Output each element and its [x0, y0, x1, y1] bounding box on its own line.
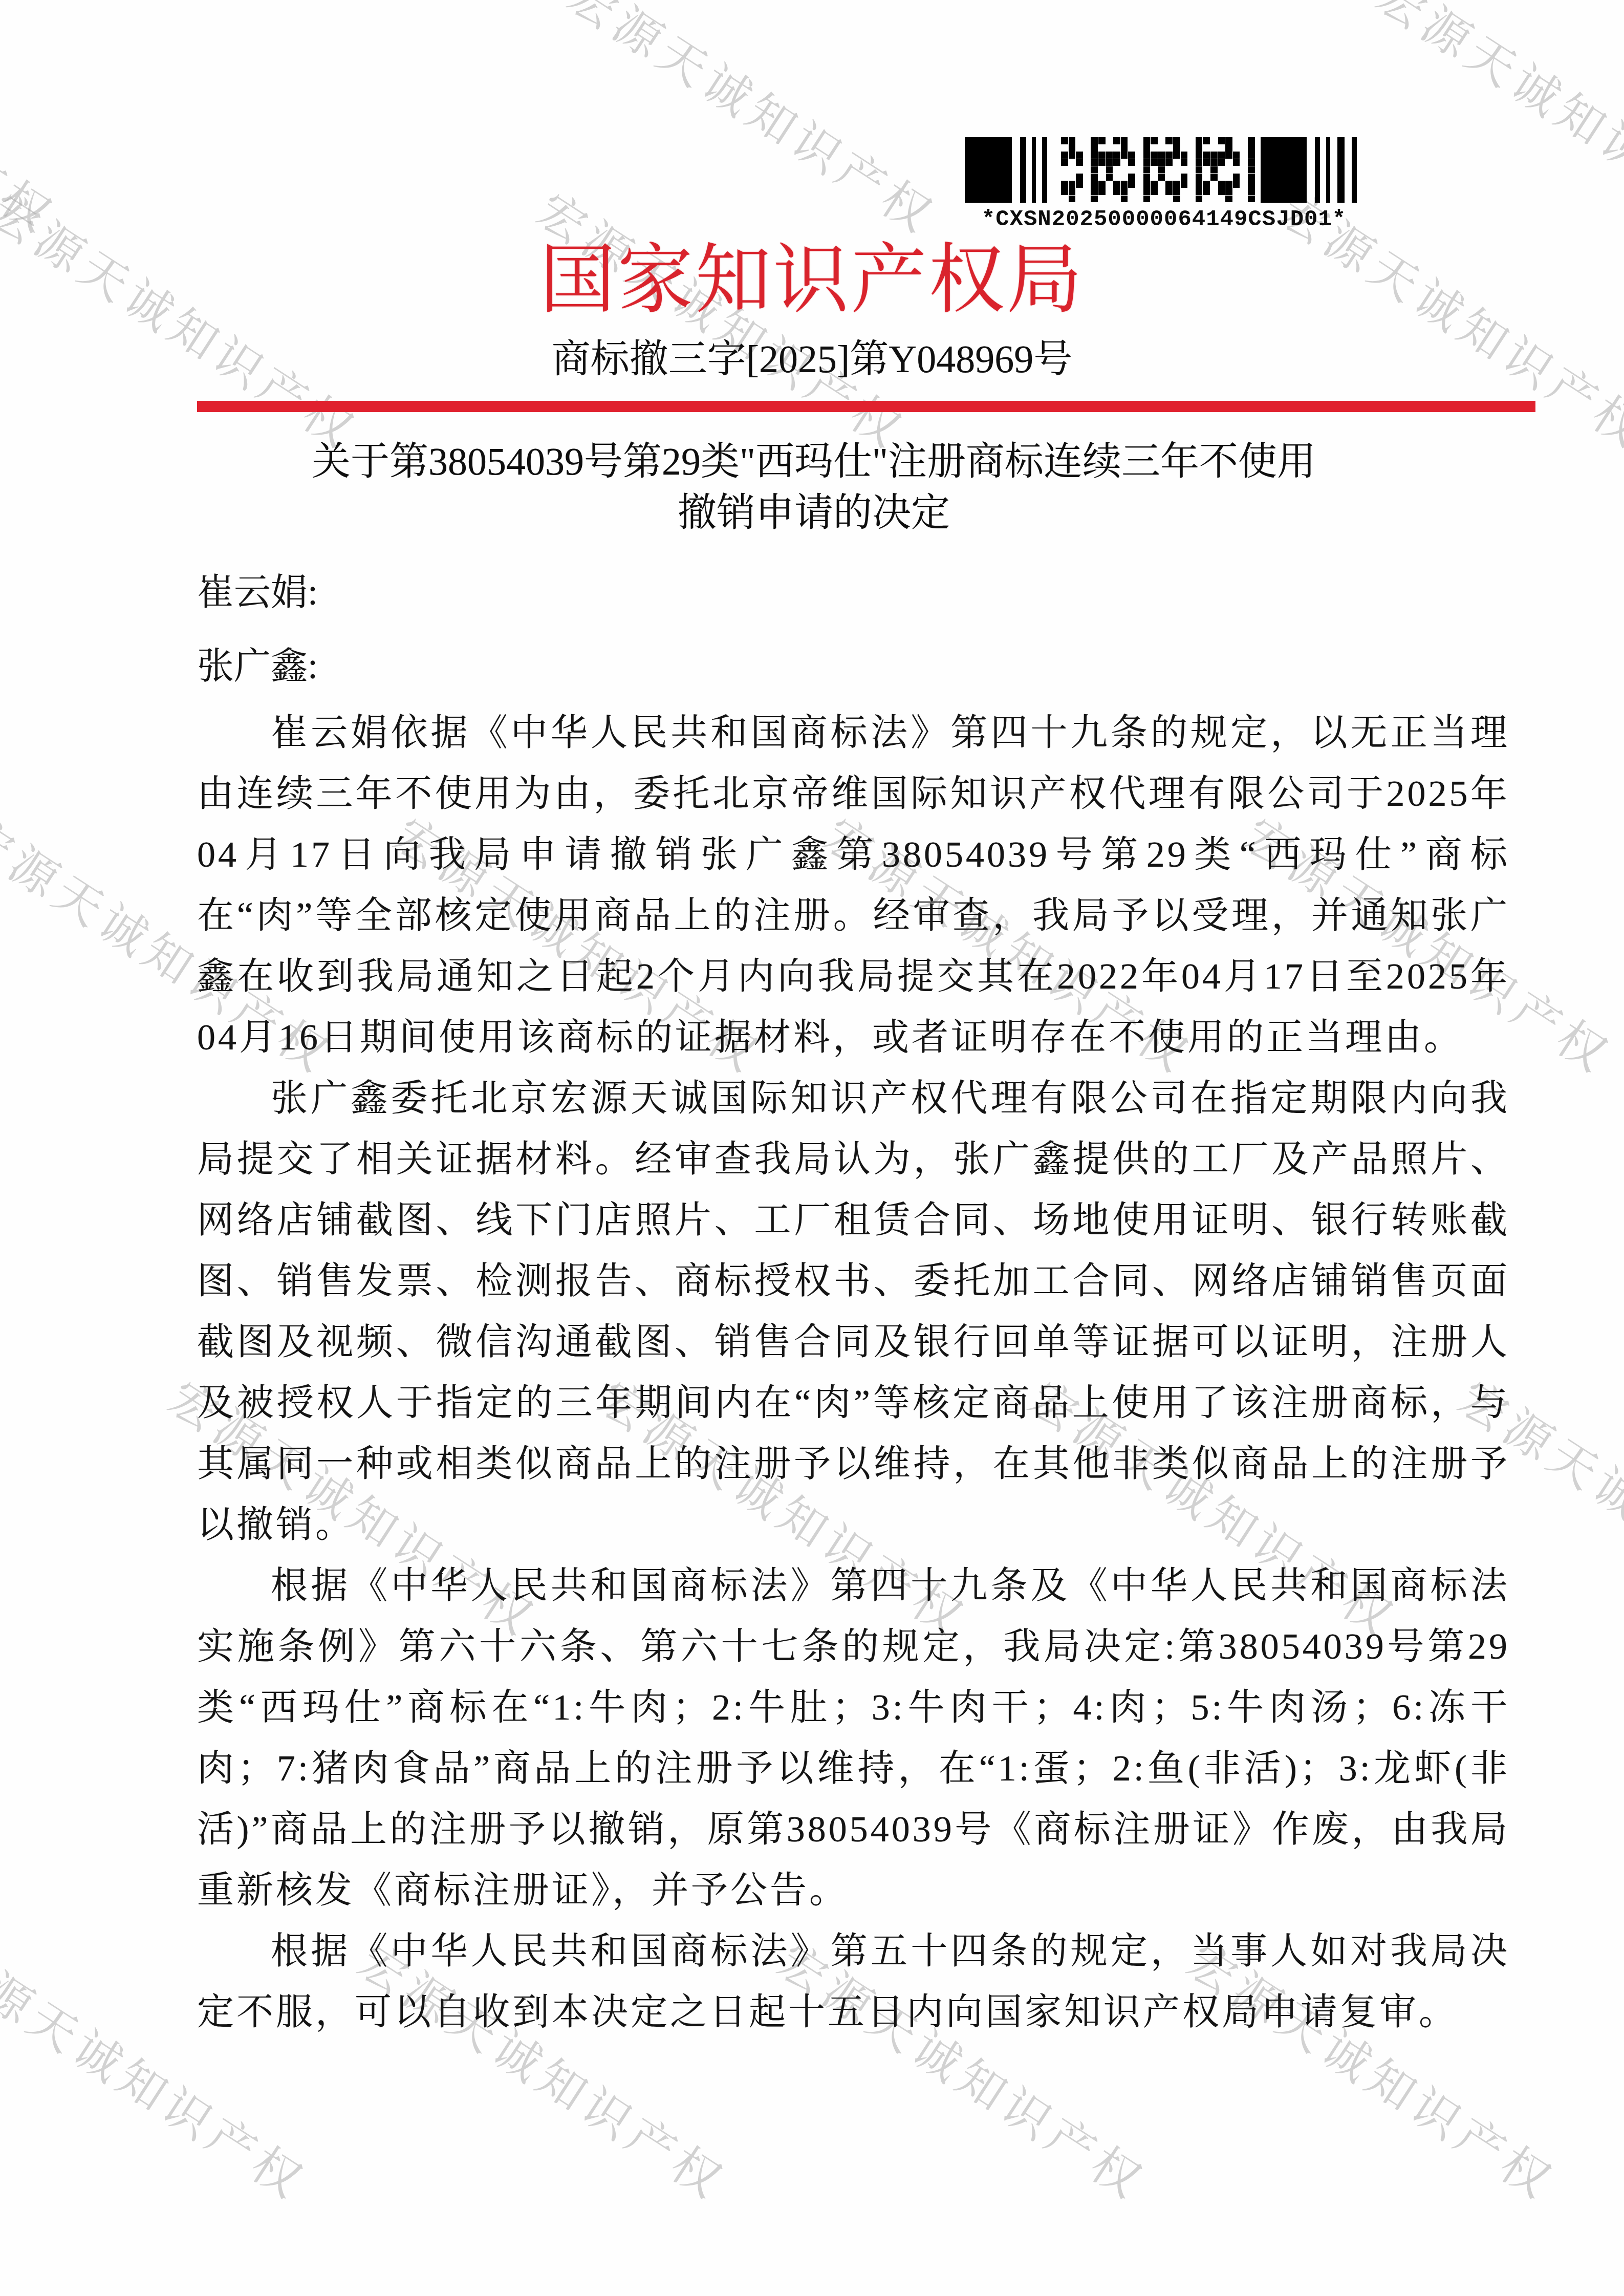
paragraph: 根据《中华人民共和国商标法》第五十四条的规定，当事人如对我局决定不服，可以自收到… — [197, 1921, 1510, 2043]
paragraph: 崔云娟依据《中华人民共和国商标法》第四十九条的规定，以无正当理由连续三年不使用为… — [197, 702, 1510, 1068]
addressee-line: 张广鑫: — [197, 643, 318, 689]
barcode-block: *CXSN20250000064149CSJD01* — [965, 137, 1363, 232]
decision-body: 崔云娟依据《中华人民共和国商标法》第四十九条的规定，以无正当理由连续三年不使用为… — [197, 702, 1510, 2043]
doc-number: 商标撤三字[2025]第Y048969号 — [0, 334, 1624, 385]
scanned-document-page: 宏源天诚知识产权宏源天诚知识产权宏源天诚知识产权宏源天诚知识产权宏源天诚知识产权… — [0, 0, 1624, 2296]
paragraph: 根据《中华人民共和国商标法》第四十九条及《中华人民共和国商标法实施条例》第六十六… — [197, 1555, 1510, 1921]
document-title-line1: 关于第38054039号第29类"西玛仕"注册商标连续三年不使用 — [128, 436, 1500, 487]
document-title: 关于第38054039号第29类"西玛仕"注册商标连续三年不使用 撤销申请的决定 — [128, 436, 1500, 539]
document-title-line2: 撤销申请的决定 — [128, 487, 1500, 539]
paragraph: 张广鑫委托北京宏源天诚国际知识产权代理有限公司在指定期限内向我局提交了相关证据材… — [197, 1068, 1510, 1555]
barcode-icon — [965, 137, 1363, 203]
addressee-line: 崔云娟: — [197, 569, 318, 615]
barcode-label: *CXSN20250000064149CSJD01* — [965, 207, 1363, 232]
document-content: *CXSN20250000064149CSJD01* 国家知识产权局 商标撤三字… — [0, 0, 1624, 2296]
agency-title: 国家知识产权局 — [0, 240, 1624, 321]
red-divider — [197, 401, 1535, 412]
